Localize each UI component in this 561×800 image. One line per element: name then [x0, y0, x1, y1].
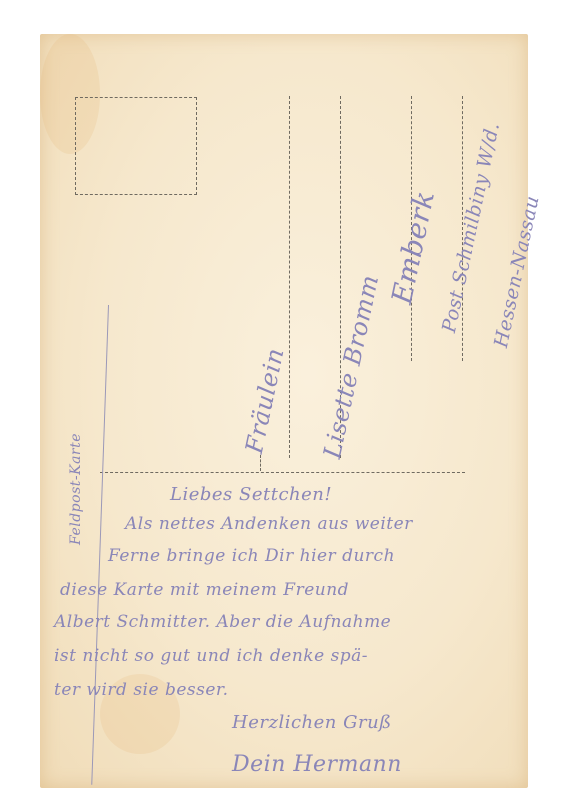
stamp-box: [75, 97, 197, 195]
message-line: diese Karte mit meinem Freund: [60, 580, 349, 600]
message-signature: Dein Hermann: [232, 752, 402, 777]
message-line: Als nettes Andenken aus weiter: [125, 514, 413, 534]
address-divider-line: [289, 96, 290, 458]
message-line: Ferne bringe ich Dir hier durch: [108, 546, 395, 566]
margin-note: Feldpost-Karte: [68, 433, 84, 545]
message-closing: Herzlichen Gruß: [232, 712, 392, 733]
message-line: ist nicht so gut und ich denke spä-: [54, 646, 368, 666]
message-line: Albert Schmitter. Aber die Aufnahme: [54, 612, 391, 632]
message-greeting: Liebes Settchen!: [170, 484, 332, 505]
message-divider-line: [100, 472, 465, 473]
divider-tick: [260, 455, 261, 471]
message-line: ter wird sie besser.: [54, 680, 229, 700]
